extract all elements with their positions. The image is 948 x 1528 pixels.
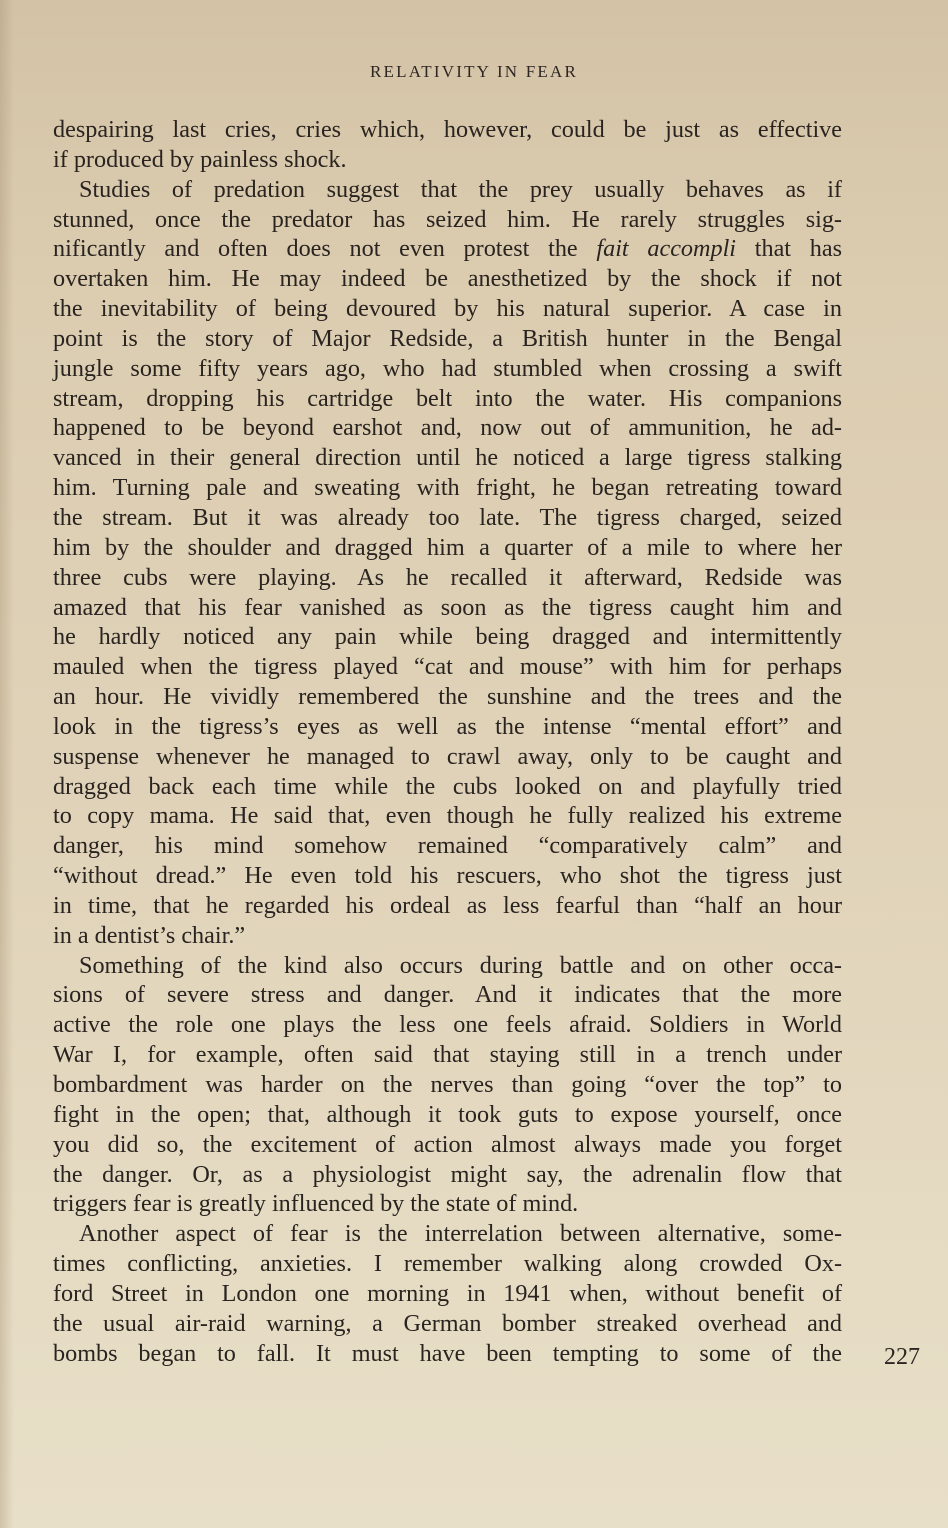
text-line: in time, that he regarded his ordeal as …	[53, 891, 842, 921]
text-line: stunned, once the predator has seized hi…	[53, 205, 842, 235]
text-line: the danger. Or, as a physiologist might …	[53, 1160, 842, 1190]
text-line: Another aspect of fear is the interrelat…	[53, 1219, 842, 1249]
text-line: three cubs were playing. As he recalled …	[53, 563, 842, 593]
text-line: sions of severe stress and danger. And i…	[53, 980, 842, 1010]
paragraph: Another aspect of fear is the interrelat…	[53, 1219, 842, 1368]
text-line: ford Street in London one morning in 194…	[53, 1279, 842, 1309]
page-number: 227	[884, 1344, 920, 1371]
text-line: point is the story of Major Redside, a B…	[53, 324, 842, 354]
text-line: Something of the kind also occurs during…	[53, 951, 842, 981]
text-line: mauled when the tigress played “cat and …	[53, 652, 842, 682]
text-line: times conflicting, anxieties. I remember…	[53, 1249, 842, 1279]
paragraph: Studies of predation suggest that the pr…	[53, 175, 842, 951]
text-line: look in the tigress’s eyes as well as th…	[53, 712, 842, 742]
running-head: RELATIVITY IN FEAR	[0, 62, 948, 82]
text-line: bombardment was harder on the nerves tha…	[53, 1070, 842, 1100]
paragraph: despairing last cries, cries which, howe…	[53, 115, 842, 175]
text-line: an hour. He vividly remembered the sunsh…	[53, 682, 842, 712]
text-line: triggers fear is greatly influenced by t…	[53, 1189, 842, 1219]
text-line: danger, his mind somehow remained “compa…	[53, 831, 842, 861]
text-line: him by the shoulder and dragged him a qu…	[53, 533, 842, 563]
text-line: active the role one plays the less one f…	[53, 1010, 842, 1040]
paragraph: Something of the kind also occurs during…	[53, 951, 842, 1220]
text-line: to copy mama. He said that, even though …	[53, 801, 842, 831]
text-line: in a dentist’s chair.”	[53, 921, 842, 951]
book-page: RELATIVITY IN FEAR despairing last cries…	[0, 0, 948, 1528]
text-line: happened to be beyond earshot and, now o…	[53, 413, 842, 443]
text-line: the inevitability of being devoured by h…	[53, 294, 842, 324]
italic-phrase: fait accompli	[596, 235, 736, 262]
page-gutter-shadow	[0, 0, 14, 1528]
text-line: the usual air-raid warning, a German bom…	[53, 1309, 842, 1339]
text-line: nificantly and often does not even prote…	[53, 234, 842, 264]
text-line: the stream. But it was already too late.…	[53, 503, 842, 533]
text-line: he hardly noticed any pain while being d…	[53, 622, 842, 652]
text-line: dragged back each time while the cubs lo…	[53, 772, 842, 802]
text-line: suspense whenever he managed to crawl aw…	[53, 742, 842, 772]
text-line: stream, dropping his cartridge belt into…	[53, 384, 842, 414]
text-line: fight in the open; that, although it too…	[53, 1100, 842, 1130]
text-line: overtaken him. He may indeed be anesthet…	[53, 264, 842, 294]
text-line: “without dread.” He even told his rescue…	[53, 861, 842, 891]
text-line: jungle some fifty years ago, who had stu…	[53, 354, 842, 384]
text-line: Studies of predation suggest that the pr…	[53, 175, 842, 205]
text-line: you did so, the excitement of action alm…	[53, 1130, 842, 1160]
text-line: vanced in their general direction until …	[53, 443, 842, 473]
text-line: him. Turning pale and sweating with frig…	[53, 473, 842, 503]
text-line: bombs began to fall. It must have been t…	[53, 1339, 842, 1369]
body-text: despairing last cries, cries which, howe…	[53, 115, 842, 1368]
text-line: War I, for example, often said that stay…	[53, 1040, 842, 1070]
text-line: if produced by painless shock.	[53, 145, 842, 175]
text-line: despairing last cries, cries which, howe…	[53, 115, 842, 145]
text-line: amazed that his fear vanished as soon as…	[53, 593, 842, 623]
